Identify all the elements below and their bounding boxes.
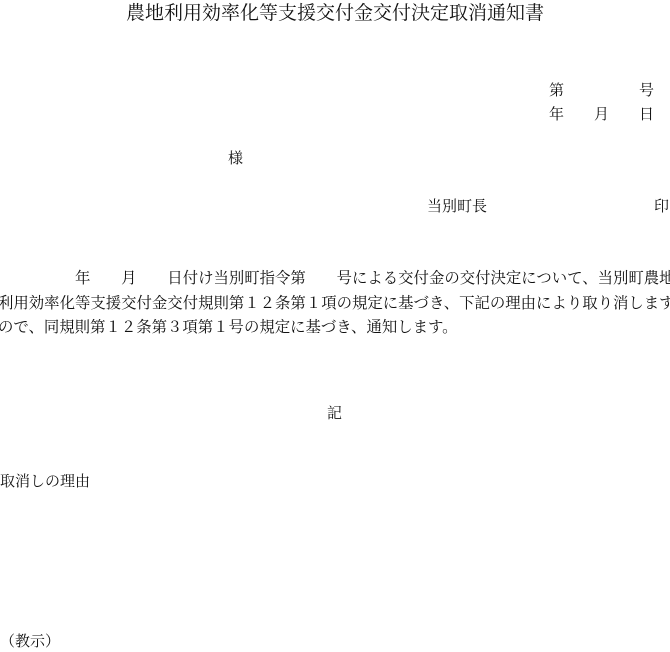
number-suffix: 号 [639, 83, 654, 98]
seal-mark: 印 [654, 199, 669, 214]
body-line-3: ので、同規則第１２条第３項第１号の規定に基づき、通知します。 [0, 315, 670, 340]
ki-heading: 記 [327, 406, 342, 421]
body-line-2: 利用効率化等支援交付金交付規則第１２条第１項の規定に基づき、下記の理由により取り… [0, 291, 670, 316]
document-title: 農地利用効率化等支援交付金交付決定取消通知書 [0, 4, 670, 23]
reason-label: 取消しの理由 [0, 474, 90, 489]
instruction-label: （教示） [0, 634, 60, 649]
date-year: 年 [549, 107, 564, 122]
number-prefix: 第 [549, 83, 564, 98]
issuer-name: 当別町長 [427, 199, 487, 214]
body-line-1: 年 月 日付け当別町指令第 号による交付金の交付決定について、当別町農地 [0, 266, 670, 291]
addressee-suffix: 様 [228, 151, 243, 166]
notice-body: 年 月 日付け当別町指令第 号による交付金の交付決定について、当別町農地 利用効… [0, 266, 670, 340]
date-month: 月 [594, 107, 609, 122]
date-day: 日 [639, 107, 654, 122]
